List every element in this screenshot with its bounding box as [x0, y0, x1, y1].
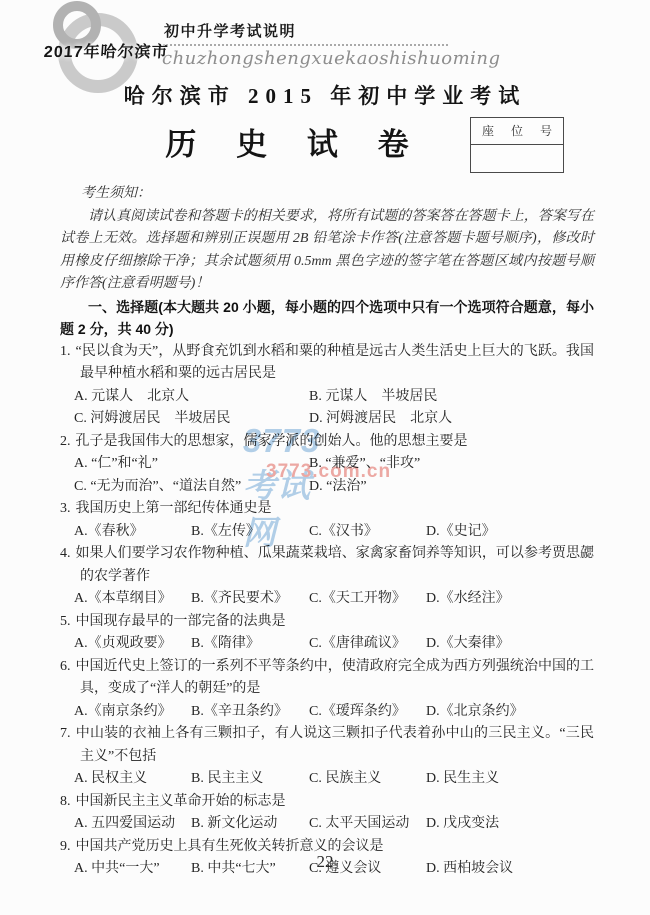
question-6-stem: 中国近代史上签订的一系列不平等条约中，使清政府完全成为西方列强统治中国的工具，变…: [76, 659, 595, 697]
paper-body: 考生须知： 请认真阅读试卷和答题卡的相关要求，将所有试题的答案答在答题卡上，答案…: [60, 183, 594, 881]
question-1-options-row-2: C. 河姆渡居民 半坡居民 D. 河姆渡居民 北京人: [60, 408, 594, 431]
question-1-option-d: D. 河姆渡居民 北京人: [309, 408, 594, 431]
question-8-option-a: A. 五四爱国运动: [74, 813, 191, 836]
question-8-option-c: C. 太平天国运动: [309, 813, 426, 836]
question-2-option-b: B. “兼爱”、“非攻”: [309, 453, 594, 476]
question-1-number: 1.: [60, 344, 71, 359]
question-9-option-c: C. 遵义会议: [309, 858, 426, 881]
question-2-options-row-1: A. “仁”和“礼” B. “兼爱”、“非攻”: [60, 453, 594, 476]
question-5-option-b: B.《隋律》: [191, 633, 309, 656]
question-8-option-d: D. 戊戌变法: [426, 813, 594, 836]
question-3-option-b: B.《左传》: [191, 521, 309, 544]
question-4-option-b: B.《齐民要术》: [191, 588, 309, 611]
question-5-number: 5.: [60, 614, 71, 629]
question-5-option-a: A.《贞观政要》: [74, 633, 191, 656]
question-9-options-row: A. 中共“一大” B. 中共“七大” C. 遵义会议 D. 西柏坡会议: [60, 858, 594, 881]
question-5: 5.中国现存最早的一部完备的法典是 A.《贞观政要》 B.《隋律》 C.《唐律疏…: [60, 611, 594, 656]
notice-heading: 考生须知：: [60, 183, 594, 206]
question-3-option-a: A.《春秋》: [74, 521, 191, 544]
seat-number-label: 座 位 号: [471, 118, 563, 145]
seat-number-blank-cell: [471, 145, 563, 172]
question-3-number: 3.: [60, 501, 71, 516]
question-7-options-row: A. 民权主义 B. 民主主义 C. 民族主义 D. 民生主义: [60, 768, 594, 791]
question-5-option-c: C.《唐律疏议》: [309, 633, 426, 656]
question-6-number: 6.: [60, 659, 71, 674]
question-4-option-d: D.《水经注》: [426, 588, 594, 611]
question-4-option-c: C.《天工开物》: [309, 588, 426, 611]
question-9-number: 9.: [60, 839, 71, 854]
question-8-options-row: A. 五四爱国运动 B. 新文化运动 C. 太平天国运动 D. 戊戌变法: [60, 813, 594, 836]
question-5-options-row: A.《贞观政要》 B.《隋律》 C.《唐律疏议》 D.《大秦律》: [60, 633, 594, 656]
question-8-stem: 中国新民主主义革命开始的标志是: [76, 794, 286, 809]
corner-year-label: 2017年哈尔滨市: [43, 39, 169, 62]
series-pinyin: chuzhongshengxuekaoshishuoming: [162, 48, 501, 69]
question-1-option-b: B. 元谋人 半坡居民: [309, 386, 594, 409]
question-3-option-d: D.《史记》: [426, 521, 594, 544]
question-1-option-c: C. 河姆渡居民 半坡居民: [74, 408, 309, 431]
question-4-stem: 如果人们要学习农作物种植、瓜果蔬菜栽培、家禽家畜饲养等知识，可以参考贾思勰的农学…: [76, 546, 595, 584]
question-9: 9.中国共产党历史上具有生死攸关转折意义的会议是 A. 中共“一大” B. 中共…: [60, 836, 594, 881]
question-7-stem: 中山装的衣袖上各有三颗扣子，有人说这三颗扣子代表着孙中山的三民主义。“三民主义”…: [76, 726, 595, 764]
question-8-number: 8.: [60, 794, 71, 809]
question-6: 6.中国近代史上签订的一系列不平等条约中，使清政府完全成为西方列强统治中国的工具…: [60, 656, 594, 724]
question-2-option-a: A. “仁”和“礼”: [74, 453, 309, 476]
question-4: 4.如果人们要学习农作物种植、瓜果蔬菜栽培、家禽家畜饲养等知识，可以参考贾思勰的…: [60, 543, 594, 611]
seat-number-box: 座 位 号: [470, 117, 564, 173]
exam-paper-page: 2017年哈尔滨市 初中升学考试说明 chuzhongshengxuekaosh…: [0, 0, 650, 915]
question-7-option-c: C. 民族主义: [309, 768, 426, 791]
question-9-option-d: D. 西柏坡会议: [426, 858, 594, 881]
question-7-option-a: A. 民权主义: [74, 768, 191, 791]
question-2-options-row-2: C. “无为而治”、“道法自然” D. “法治”: [60, 476, 594, 499]
question-3-options-row: A.《春秋》 B.《左传》 C.《汉书》 D.《史记》: [60, 521, 594, 544]
dotted-divider: [163, 44, 448, 46]
question-1: 1.“民以食为天”，从野食充饥到水稻和粟的种植是远古人类生活史上巨大的飞跃。我国…: [60, 341, 594, 431]
question-9-option-a: A. 中共“一大”: [74, 858, 191, 881]
notice-body: 请认真阅读试卷和答题卡的相关要求，将所有试题的答案答在答题卡上，答案写在试卷上无…: [60, 206, 594, 296]
question-1-option-a: A. 元谋人 北京人: [74, 386, 309, 409]
question-7-number: 7.: [60, 726, 71, 741]
section-heading: 一、选择题(本大题共 20 小题，每小题的四个选项中只有一个选项符合题意，每小题…: [60, 296, 594, 341]
question-6-option-d: D.《北京条约》: [426, 701, 594, 724]
question-3-option-c: C.《汉书》: [309, 521, 426, 544]
question-2-option-d: D. “法治”: [309, 476, 594, 499]
question-6-option-b: B.《辛丑条约》: [191, 701, 309, 724]
question-6-option-a: A.《南京条约》: [74, 701, 191, 724]
question-4-option-a: A.《本草纲目》: [74, 588, 191, 611]
question-9-stem: 中国共产党历史上具有生死攸关转折意义的会议是: [76, 839, 384, 854]
question-8-option-b: B. 新文化运动: [191, 813, 309, 836]
question-8: 8.中国新民主主义革命开始的标志是 A. 五四爱国运动 B. 新文化运动 C. …: [60, 791, 594, 836]
series-title: 初中升学考试说明: [164, 20, 296, 41]
question-5-stem: 中国现存最早的一部完备的法典是: [76, 614, 286, 629]
question-2: 2.孔子是我国伟大的思想家，儒家学派的创始人。他的思想主要是 A. “仁”和“礼…: [60, 431, 594, 499]
question-6-option-c: C.《瑷珲条约》: [309, 701, 426, 724]
question-2-number: 2.: [60, 434, 71, 449]
question-1-stem: “民以食为天”，从野食充饥到水稻和粟的种植是远古人类生活史上巨大的飞跃。我国最早…: [76, 344, 595, 382]
question-7-option-d: D. 民生主义: [426, 768, 594, 791]
question-3: 3.我国历史上第一部纪传体通史是 A.《春秋》 B.《左传》 C.《汉书》 D.…: [60, 498, 594, 543]
question-4-number: 4.: [60, 546, 71, 561]
question-7-option-b: B. 民主主义: [191, 768, 309, 791]
question-4-options-row: A.《本草纲目》 B.《齐民要术》 C.《天工开物》 D.《水经注》: [60, 588, 594, 611]
question-5-option-d: D.《大秦律》: [426, 633, 594, 656]
question-9-option-b: B. 中共“七大”: [191, 858, 309, 881]
question-6-options-row: A.《南京条约》 B.《辛丑条约》 C.《瑷珲条约》 D.《北京条约》: [60, 701, 594, 724]
question-1-options-row-1: A. 元谋人 北京人 B. 元谋人 半坡居民: [60, 386, 594, 409]
question-2-stem: 孔子是我国伟大的思想家，儒家学派的创始人。他的思想主要是: [76, 434, 468, 449]
question-7: 7.中山装的衣袖上各有三颗扣子，有人说这三颗扣子代表着孙中山的三民主义。“三民主…: [60, 723, 594, 791]
question-3-stem: 我国历史上第一部纪传体通史是: [76, 501, 272, 516]
question-2-option-c: C. “无为而治”、“道法自然”: [74, 476, 309, 499]
